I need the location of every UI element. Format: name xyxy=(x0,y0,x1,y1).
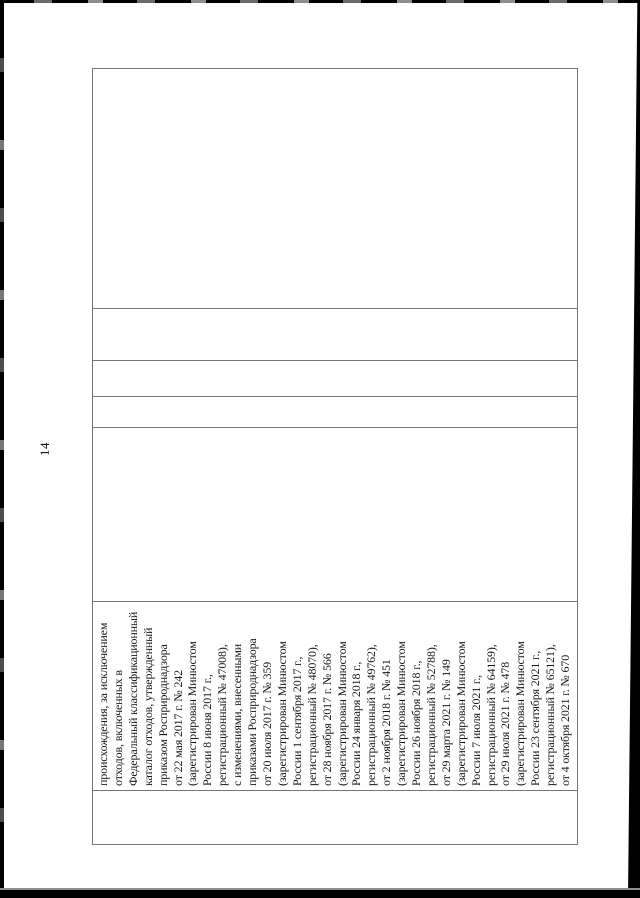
scan-edge-left xyxy=(0,0,4,898)
table-text-line: отходов, включенных в xyxy=(111,602,126,786)
table-text-line: приказами Росприроднадзора xyxy=(245,602,260,786)
scan-edge-bottom xyxy=(0,888,640,898)
table-text-line: (зарегистрирован Минюстом xyxy=(335,602,350,786)
table-text-line: (зарегистрирован Минюстом xyxy=(513,602,528,786)
table-column-divider xyxy=(93,360,577,361)
table-text-line: происхождения, за исключением xyxy=(96,602,111,786)
table-column-divider xyxy=(93,308,577,309)
table-text-line: с изменениями, внесенными xyxy=(230,602,245,786)
table-text-line: от 4 октября 2021 г. № 670 xyxy=(558,602,573,786)
table-text-line: регистрационный № 47008), xyxy=(215,602,230,786)
page-number: 14 xyxy=(37,0,53,898)
table-text-line: регистрационный № 65121), xyxy=(543,602,558,786)
table-text-line: регистрационный № 64159), xyxy=(484,602,499,786)
table-text-line: от 28 ноября 2017 г. № 566 xyxy=(320,602,335,786)
table-text-line: от 29 июля 2021 г. № 478 xyxy=(498,602,513,786)
table-text-line: (зарегистрирован Минюстом xyxy=(185,602,200,786)
scanned-page: 14 происхождения, за исключениемотходов,… xyxy=(0,0,640,898)
rotated-landscape-sheet: 14 происхождения, за исключениемотходов,… xyxy=(0,0,640,898)
table-text-line: России 7 июля 2021 г., xyxy=(469,602,484,786)
table-text-line: Федеральный классификационный xyxy=(126,602,141,786)
table-column-divider xyxy=(93,427,577,428)
table-text-line: России 26 ноября 2018 г., xyxy=(409,602,424,786)
table-text-line: (зарегистрирован Минюстом xyxy=(394,602,409,786)
table-text-line: России 8 июня 2017 г., xyxy=(200,602,215,786)
table-text-line: регистрационный № 49762), xyxy=(364,602,379,786)
table-column-divider xyxy=(93,396,577,397)
table-text-line: от 2 ноября 2018 г. № 451 xyxy=(379,602,394,786)
table-text-line: регистрационный № 48070), xyxy=(305,602,320,786)
table-text-line: России 1 сентября 2017 г., xyxy=(290,602,305,786)
table-text-line: России 24 января 2018 г., xyxy=(349,602,364,786)
table-text-line: регистрационный № 52788), xyxy=(424,602,439,786)
table-text-line: от 22 мая 2017 г. № 242 xyxy=(171,602,186,786)
table-text-line: (зарегистрирован Минюстом xyxy=(454,602,469,786)
table-text-line: приказом Росприроднадзора xyxy=(156,602,171,786)
table-column-divider xyxy=(93,790,577,791)
table-text-line: от 29 марта 2021 г. № 149 xyxy=(439,602,454,786)
table-text-line: каталог отходов, утвержденный xyxy=(141,602,156,786)
scan-edge-top xyxy=(0,0,640,3)
document-table: происхождения, за исключениемотходов, вк… xyxy=(92,68,578,845)
table-cell-text: происхождения, за исключениемотходов, вк… xyxy=(93,602,577,790)
table-text-line: России 23 сентября 2021 г., xyxy=(528,602,543,786)
table-text-line: (зарегистрирован Минюстом xyxy=(275,602,290,786)
table-text-line: от 20 июля 2017 г. № 359 xyxy=(260,602,275,786)
